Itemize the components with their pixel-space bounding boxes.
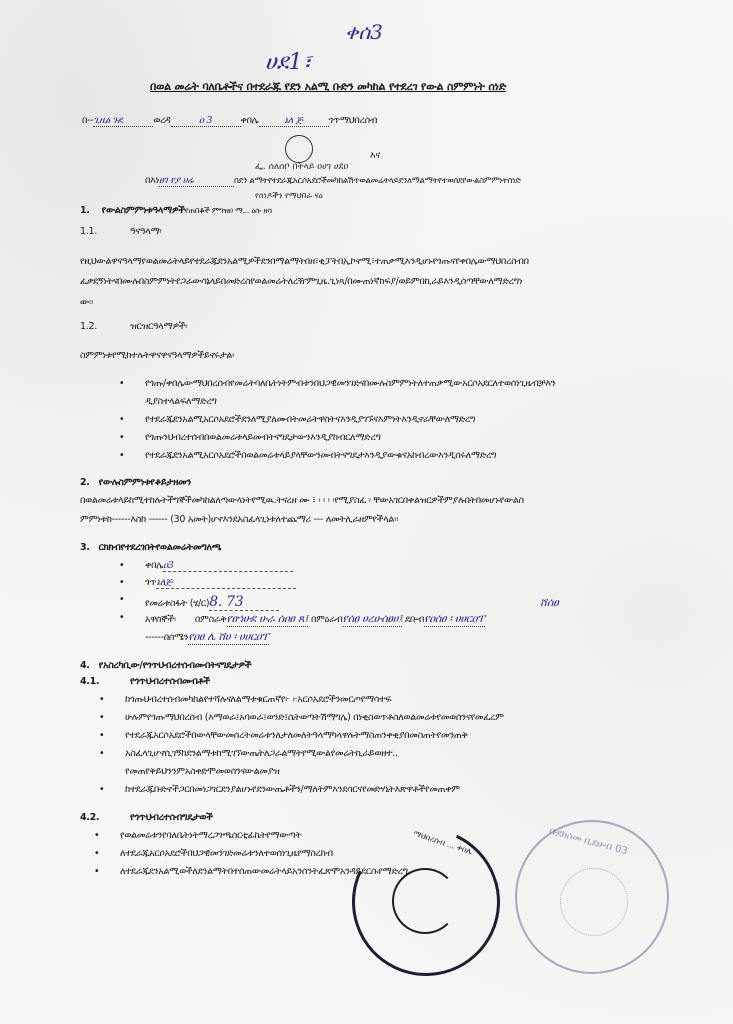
association-subline: የሰነዶችን የማህበራ ናዕ xyxy=(255,191,323,201)
association-prefix: በእነ xyxy=(145,175,159,186)
section-4-1-heading: 4.1. የጎጥህብረተሰብመብቶች xyxy=(80,676,99,687)
section-2-line-2: ምምነቱከ------እስከ ------ (30 አመት)ሆኖእንደአስፈላጊ… xyxy=(80,514,398,525)
field-got: ጎጥኔለጅ xyxy=(145,577,296,589)
association-name: ፀገ የያ ሀሬ xyxy=(159,175,234,187)
list-item: ለተደራጁአርሶአደሮችበህጋዊመንገድመሬቱንለተወሰነጊዜየማስረከብ xyxy=(120,848,333,859)
list-item: የወልመሬቱንየባለቤትነትማረጋገጫሰርቲፊኬትየማውጣት xyxy=(120,830,302,841)
woreda-stamp-inner-ring xyxy=(560,868,628,936)
list-item: የተደራጁደንአልሚአርሶአደሮችበወልመሬቱላይያላቸውንመብትናግዴታእንዲ… xyxy=(145,450,496,461)
section-4-2-heading: 4.2. የጎጥህብረተሰብግዴታወች xyxy=(80,812,99,823)
association-text: በደን ልማትየተደራጁአርሶአደሮችመካከልሽጥወልመሬትላይደንለማልማትየ… xyxy=(234,176,521,186)
list-item: ሁሉምየጎጡማህበረሰብ (እማወራ፤አባወራ፤ወንድ፤ሴትወጣትሽማግሌ) በ… xyxy=(125,712,504,723)
woreda-value: ጊዜፅ ጉደ xyxy=(93,115,153,127)
location-prefix: በ-- xyxy=(82,115,93,126)
small-seal-icon xyxy=(285,135,313,163)
kebele-number-value: ዐ 3 xyxy=(171,115,241,127)
field-north-boundary: ------በሰሜንየዐፀ ሌ ሸሀ ፡ ሀሀርዐፐ xyxy=(145,630,269,645)
section-1-1-heading: 1.1. ዓናዓላማ፡ xyxy=(80,226,97,237)
field-boundaries: አዋሰኞች፡ በምስራቅየፀኀሁደ ሁራ ሰዐፀ ጸ፤ በምዕራብየሰፀ ሀረሁ… xyxy=(145,612,485,627)
section-1-1-line-3: ው። xyxy=(80,297,93,308)
scanned-document-page: ቀሰ3 ሀደ1፣ በወል መሬት ባለቤቶችና በተደራጁ የደን አልሚ ቡድ… xyxy=(0,0,733,1024)
list-item: የጎጡንህብረተሰብበወልመሬቱላይመብትናግዴታውንእንዲያከብርለማድረግ xyxy=(145,432,381,443)
boundary-note: ሸሰፀ xyxy=(540,596,559,610)
community-label: ጎጥማህበረሰብ xyxy=(329,115,378,126)
list-item-continuation: ዲያስተላልፍለማድረግ xyxy=(145,396,217,407)
document-title: በወል መሬት ባለቤቶችና በተደራጁ የደን አልሚ ቡድን መካከል የተ… xyxy=(150,80,506,94)
section-1-2-heading: 1.2. ዝርዝርዓላማዎች፡ xyxy=(80,321,97,332)
woreda-label: ወረዳ xyxy=(153,115,170,126)
association-line: በእነፀገ የያ ሀሬበደን ልማትየተደራጁአርሶአደሮችመካከልሽጥወልመሬ… xyxy=(145,175,521,187)
field-kebele: ቀበሌዐ3 xyxy=(145,560,293,572)
location-line: በ--ጊዜፅ ጉደወረዳዐ 3ቀበሌኔለ ጅጎጥማህበረሰብ xyxy=(82,115,377,127)
section-3-heading: 3. ርክክብየተደረገበትየወልመሬትመግለጫ xyxy=(80,542,221,553)
list-item: የተደራጁደንአልሚአርሶአደሮችደንለሚያለሙበትመሬትዋስትናእንዲያገኙና… xyxy=(145,414,475,425)
got-value: ኔለ ጅ xyxy=(259,115,329,127)
list-item: ከጎጡህብረተሰብመካከልየተሻሉናለልማቱቁርጠኛየ፦ ፦አርሶአደሮችንመር… xyxy=(125,694,391,705)
field-area: የመሬቱስፋት (ሄ/ር)8. 73 xyxy=(145,594,279,611)
kebele-stamp-inner-ring xyxy=(392,868,458,934)
section-1-1-line-1: የዚህውልዋናዓላማየወልመሬትላይየተደራጁደንአልሚዎችደንበማልማትበዘ፣… xyxy=(80,256,529,267)
section-1-heading: 1. የውልስምምነቱዓላማዎችየጠበቆች ምግዝዐ ማ... ዕሱ ዘሳ xyxy=(80,205,272,216)
list-item: ከተደራጁቡድኖችጋርበመነጋገርደንያልሆኑየደንውጤቶችን/ማለትምእንደሳ… xyxy=(125,784,460,795)
section-2-heading: 2. የውሉስምምነቱየቆይታዘመን xyxy=(80,477,191,488)
section-1-1-line-2: ፈቃደኝነትናበሙሉበስምምነትየጋራውሳኔላይበመድረስየወልመሬትለረዥምጊ… xyxy=(80,276,522,287)
kebele-label: ቀበሌ xyxy=(241,115,259,126)
section-4-heading: 4. የአስረካቢው/የጎጥህብረተሰብመብትናግዴታዎች xyxy=(80,660,251,671)
and-label: እና xyxy=(370,150,380,161)
section-1-2-intro: ስምምነቱየሚከተሉትዋናዋናዓላማዎችይኖሩታል፡ xyxy=(80,350,234,361)
list-item-continuation: የመጠየቅይህንንምአስቀድሞመወሰንናውልመያዝ xyxy=(125,766,280,777)
list-item: የተደራጁአርሶአደሮችበውላቸውመሰረትመሬቱንለታለመለትዓላማካላዋሉትማ… xyxy=(125,730,468,741)
association-handwritten-top: ፌ. ሰለሰቦ በትላይ ዐሀገ ሀደዐ xyxy=(255,162,348,172)
handwritten-page-number: ቀሰ3 xyxy=(345,20,383,44)
list-item: አስፈላጊሆኖሲገኝከደንልማቱከሚገኘውጤትለጋራልማትየሚውልየመሬትኪራይ… xyxy=(125,748,398,759)
section-2-line-1: በወልመሬቱላይከሚተከሉትችግኞችመካከልለጣውላነትየሚዉ.ትናረዘ ሙ ፣… xyxy=(80,495,524,506)
handwritten-reference: ሀደ1፣ xyxy=(265,50,312,75)
list-item: የጎጡ/ቀበሌውማህበረሰብየመሬትባለቤትነትምብቱንበህጋዊመንገድናበሙሉ… xyxy=(145,378,555,389)
